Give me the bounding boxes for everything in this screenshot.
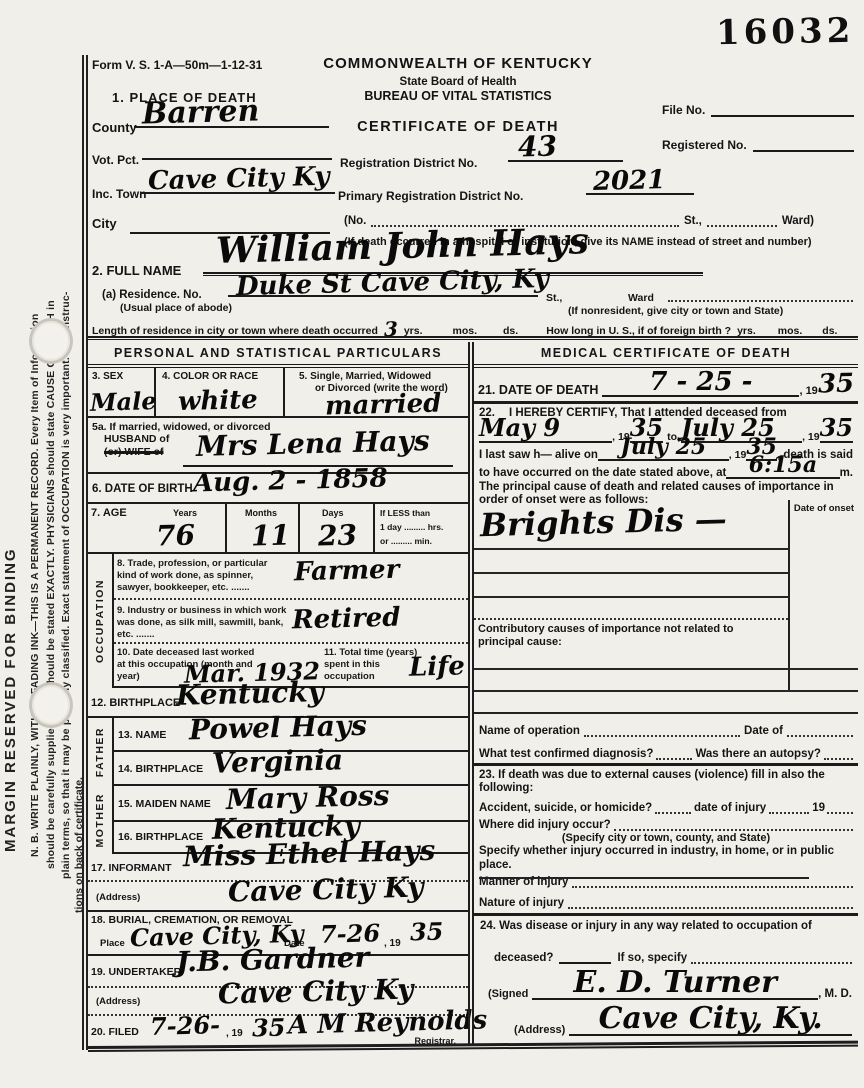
residence-st-label: St., — [546, 292, 562, 304]
if-so-specify-blank — [691, 952, 852, 964]
father-birthplace-value: Verginia — [212, 746, 344, 777]
primary-district-value: 2021 — [593, 167, 666, 195]
cause-of-death-area: Date of onset Brights Dis — Contributory… — [474, 500, 858, 714]
injury-date-label: date of injury — [694, 802, 766, 814]
county-label: County — [92, 120, 137, 135]
title-certificate: CERTIFICATE OF DEATH — [278, 119, 638, 135]
cause-line-4 — [474, 618, 788, 620]
medical-section-title: MEDICAL CERTIFICATE OF DEATH — [474, 342, 858, 368]
mother-vertical-label: MOTHER — [94, 793, 106, 848]
burial-year-prefix: , 19 — [384, 938, 401, 949]
county-value: Barren — [142, 96, 260, 129]
operation-label: Name of operation — [479, 725, 580, 737]
title-bureau: BUREAU OF VITAL STATISTICS — [278, 89, 638, 103]
race-value: white — [178, 387, 258, 415]
occupation-vertical-label: OCCUPATION — [94, 579, 106, 663]
nonresident-note: (If nonresident, give city or town and S… — [568, 305, 783, 317]
reg-district-line — [508, 160, 623, 162]
registrar-signature: A M Reynolds — [288, 1007, 488, 1038]
title-commonwealth: COMMONWEALTH OF KENTUCKY — [278, 55, 638, 72]
form-number: Form V. S. 1-A—50m—1-12-31 — [92, 58, 262, 72]
age-label: 7. AGE — [91, 507, 127, 519]
serial-number: 16032 — [716, 11, 855, 53]
accident-blank — [655, 802, 691, 814]
cause-line-2 — [474, 572, 788, 574]
occupation-related-label: 24. Was disease or injury in any way rel… — [480, 920, 852, 932]
filed-year-prefix: , 19 — [226, 1028, 243, 1039]
filed-date-value: 7-26- — [150, 1013, 221, 1039]
abode-note: (Usual place of abode) — [120, 302, 232, 314]
personal-section-title: PERSONAL AND STATISTICAL PARTICULARS — [88, 342, 468, 368]
industry-label: 9. Industry or business in which work wa… — [117, 605, 289, 641]
reg-district-label: Registration District No. — [340, 156, 477, 170]
cause-of-death-value: Brights Dis — — [480, 503, 727, 541]
marital-value: married — [325, 390, 442, 419]
race-label: 4. COLOR OR RACE — [162, 371, 258, 382]
father-name-value: Powel Hays — [189, 712, 368, 745]
residence-label: (a) Residence. No. — [102, 289, 202, 301]
mother-name-label: 15. MAIDEN NAME — [118, 798, 211, 810]
if-so-specify-label: If so, specify — [617, 952, 687, 964]
margin-binding-text: MARGIN RESERVED FOR BINDING — [2, 370, 30, 1030]
date-of-onset-box: Date of onset — [788, 500, 858, 692]
last-saw-label: I last saw h— alive on — [479, 449, 598, 461]
mother-vertical-strip: MOTHER — [88, 786, 114, 854]
physician-address-label: (Address) — [514, 1024, 565, 1036]
margin-note-line1: N. B. WRITE PLAINLY, WITH UNFADING INK—T… — [29, 85, 46, 1085]
age-days-value: 23 — [318, 521, 358, 550]
if-less-label-2: 1 day ......... hrs. — [380, 522, 443, 532]
external-causes-label: 23. If death was due to external causes … — [479, 769, 853, 795]
father-vertical-strip: FATHER — [88, 718, 114, 786]
vot-pct-label: Vot. Pct. — [92, 153, 139, 167]
primary-district-line — [586, 193, 694, 195]
residence-ward-label: Ward — [628, 292, 654, 304]
specify-city-note: (Specify city or town, county, and State… — [479, 832, 853, 844]
nature-of-injury-blank — [568, 897, 853, 909]
trade-label: 8. Trade, profession, or particular kind… — [117, 558, 289, 594]
hole-punch-bottom — [29, 682, 73, 728]
primary-district-label: Primary Registration District No. — [338, 189, 523, 203]
birthplace-value: Kentucky — [176, 678, 325, 710]
undertaker-address-value: Cave City Ky — [218, 975, 414, 1008]
operation-blank — [584, 725, 740, 737]
deceased-blank — [559, 952, 611, 964]
nature-of-injury-label: Nature of injury — [479, 897, 564, 909]
informant-label: 17. INFORMANT — [91, 862, 172, 874]
time-m-label: m. — [840, 467, 853, 479]
father-birthplace-label: 14. BIRTHPLACE — [118, 763, 203, 775]
signed-label: (Signed — [488, 988, 528, 1000]
occupation-vertical-strip: OCCUPATION — [88, 554, 114, 688]
informant-address-value: Cave City Ky — [228, 873, 424, 906]
physician-address-value: Cave City, Ky. — [599, 1001, 823, 1036]
full-name-value: William John Hays — [216, 223, 590, 269]
file-no-label: File No. — [662, 103, 705, 117]
father-group: FATHER 13. NAME Powel Hays 14. BIRTHPLAC… — [88, 718, 468, 786]
husband-of-label: HUSBAND of — [104, 433, 169, 445]
burial-year-value: 35 — [410, 920, 444, 945]
sex-label: 3. SEX — [92, 371, 123, 382]
reg-district-value: 43 — [518, 132, 558, 161]
informant-value: Miss Ethel Hays — [183, 837, 436, 872]
county-line — [134, 126, 329, 128]
if-less-label-3: or ......... min. — [380, 536, 432, 546]
city-st-label: St., — [684, 215, 702, 227]
contributory-label: Contributory causes of importance not re… — [478, 623, 778, 649]
contributory-line-1 — [474, 668, 858, 670]
specify-industry-label: Specify whether injury occurred in indus… — [479, 845, 853, 871]
burial-place-label: Place — [100, 938, 125, 949]
where-injury-label: Where did injury occur? — [479, 819, 611, 831]
dob-value: Aug. 2 - 1858 — [193, 465, 388, 496]
spouse-value: Mrs Lena Hays — [196, 427, 430, 461]
dod-year-value: 35 — [817, 371, 854, 398]
personal-particulars-column: PERSONAL AND STATISTICAL PARTICULARS 3. … — [88, 342, 468, 1046]
inc-town-line — [140, 192, 335, 194]
autopsy-label: Was there an autopsy? — [695, 748, 820, 760]
test-blank — [656, 748, 692, 760]
city-label: City — [92, 216, 117, 231]
age-days-label: Days — [322, 508, 344, 518]
inc-town-value: Cave City Ky — [148, 164, 330, 195]
father-name-label: 13. NAME — [118, 729, 166, 741]
total-time-value: Life — [409, 653, 466, 680]
undertaker-label: 19. UNDERTAKER — [91, 966, 181, 978]
test-label: What test confirmed diagnosis? — [479, 748, 653, 760]
where-injury-blank — [614, 819, 853, 831]
mother-name-value: Mary Ross — [226, 782, 390, 814]
title-board: State Board of Health — [278, 76, 638, 88]
registered-no-label: Registered No. — [662, 138, 747, 152]
age-years-value: 76 — [156, 521, 196, 550]
attended-to-year-prefix: , 19 — [802, 431, 820, 443]
cause-line-1 — [474, 548, 788, 550]
inc-town-label: Inc. Town — [92, 187, 146, 201]
attended-to-year: 35 — [820, 413, 853, 442]
full-name-label: 2. FULL NAME — [92, 263, 181, 278]
industry-value: Retired — [292, 605, 401, 634]
hole-punch-top — [29, 318, 73, 364]
injury-half-rule — [479, 877, 809, 879]
informant-address-label: (Address) — [96, 892, 140, 903]
occurred-label: to have occurred on the date stated abov… — [479, 467, 726, 479]
certificate-form: 16032 Form V. S. 1-A—50m—1-12-31 COMMONW… — [88, 0, 864, 1060]
if-less-label-1: If LESS than — [380, 508, 430, 518]
marital-label-1: 5. Single, Married, Widowed — [299, 371, 431, 382]
file-no-blank — [711, 103, 854, 117]
injury-date-blank — [769, 802, 809, 814]
operation-date-label: Date of — [744, 725, 783, 737]
age-years-label: Years — [173, 508, 197, 518]
date-of-death-value: 7 - 25 - — [649, 367, 752, 397]
undertaker-address-label: (Address) — [96, 996, 140, 1007]
undertaker-value: J.B. Gardner — [176, 943, 370, 976]
death-certificate-page: MARGIN RESERVED FOR BINDING N. B. WRITE … — [0, 0, 864, 1088]
date-of-death-label: 21. DATE OF DEATH — [478, 383, 598, 397]
filed-year-value: 35 — [252, 1016, 286, 1041]
father-vertical-label: FATHER — [94, 727, 106, 777]
occupation-group: OCCUPATION 8. Trade, profession, or part… — [88, 554, 468, 688]
dod-year-prefix: , 19 — [799, 385, 817, 397]
age-months-value: 11 — [251, 521, 291, 550]
birthplace-label: 12. BIRTHPLACE — [91, 697, 180, 709]
registered-no-blank — [753, 138, 854, 152]
date-of-onset-label: Date of onset — [790, 500, 858, 514]
dob-label: 6. DATE OF BIRTH — [92, 483, 193, 495]
death-time-value: 6:15a — [749, 452, 817, 478]
last-saw-date: July 25 — [620, 434, 706, 460]
residence-ward-blank — [668, 300, 853, 302]
age-months-label: Months — [245, 508, 277, 518]
deceased-label: deceased? — [494, 952, 553, 964]
residence-line — [228, 295, 538, 297]
physician-signature: E. D. Turner — [573, 965, 776, 1000]
injury-year-prefix: 19 — [812, 802, 825, 814]
cause-line-3 — [474, 596, 788, 598]
autopsy-blank — [824, 748, 853, 760]
filed-label: 20. FILED — [91, 1026, 139, 1038]
vot-pct-line — [142, 158, 332, 160]
sex-value: Male — [90, 389, 157, 415]
signed-md-label: , M. D. — [818, 988, 852, 1000]
accident-label: Accident, suicide, or homicide? — [479, 802, 652, 814]
city-ward-blank — [707, 214, 777, 227]
contributory-line-2 — [474, 690, 858, 692]
operation-date-blank — [787, 725, 853, 737]
city-ward-label: Ward) — [782, 215, 814, 227]
header-separator — [88, 336, 858, 340]
medical-certificate-column: MEDICAL CERTIFICATE OF DEATH 21. DATE OF… — [468, 342, 858, 1046]
wife-of-struck-label: (or) WIFE of — [104, 446, 163, 458]
injury-year-blank — [827, 802, 853, 814]
attended-from-date: May 9 — [479, 413, 560, 442]
trade-value: Farmer — [294, 557, 400, 586]
